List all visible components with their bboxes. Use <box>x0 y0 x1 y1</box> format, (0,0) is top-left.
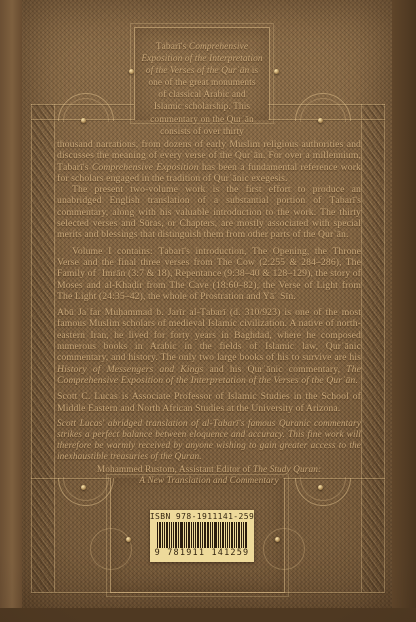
intro-text-narrow: Ṭabarī's ComprehensiveExposition of the … <box>129 41 275 138</box>
text-segment: Comprehensive Exposition <box>92 162 199 173</box>
gold-stud-dot <box>318 118 323 123</box>
barcode-bar <box>157 522 158 548</box>
barcode-bar <box>166 522 168 548</box>
text-segment: Mohammed Rustom, Assistant Editor of <box>97 465 253 475</box>
barcode-bar <box>169 522 170 548</box>
paragraph: Abū Jaʿfar Muḥammad b. Jarīr al-Ṭabarī (… <box>57 307 361 386</box>
barcode-bar <box>245 522 247 548</box>
text-segment: Comprehensive <box>189 42 248 52</box>
barcode-bar <box>210 522 211 548</box>
barcode-bar <box>180 522 183 548</box>
barcode-bar <box>236 522 237 548</box>
paragraph: Volume I contains: Ṭabarī's introduction… <box>57 246 361 302</box>
barcode-bar <box>173 522 174 548</box>
isbn-barcode: ISBN 978-1911141-259 9 781911 141259 <box>150 510 254 562</box>
text-segment: and his Qurʾānic commentary, <box>203 364 346 375</box>
barcode-bar <box>222 522 224 548</box>
text-segment: Ṭabarī's <box>156 42 189 52</box>
paragraph: Scott C. Lucas is Associate Professor of… <box>57 391 361 414</box>
barcode-bar <box>241 522 242 548</box>
text-segment: Abū Jaʿfar Muḥammad b. Jarīr al-Ṭabarī (… <box>57 307 361 363</box>
text-segment: . <box>355 375 358 386</box>
barcode-bar <box>207 522 209 548</box>
barcode-bar <box>159 522 161 548</box>
intro-line: consists of over thirty <box>129 126 275 138</box>
barcode-bar <box>229 522 230 548</box>
text-segment: The Study Quran: <box>253 465 321 475</box>
barcode-bar <box>227 522 228 548</box>
text-segment: The present two-volume work is the first… <box>57 184 361 240</box>
text-segment: commentary on the Qurʾān <box>150 115 254 125</box>
barcode-bar <box>162 522 163 548</box>
book-back-cover: Ṭabarī's ComprehensiveExposition of the … <box>0 0 416 622</box>
text-segment: History of Messengers and Kings <box>57 364 203 375</box>
barcode-bar <box>171 522 172 548</box>
barcode-bar <box>191 522 192 548</box>
text-segment: consists of over thirty <box>160 127 244 137</box>
text-segment: one of the great monuments <box>148 78 255 88</box>
intro-line: Exposition of the Interpretation <box>129 53 275 65</box>
barcode-bar <box>214 522 217 548</box>
barcode-bar <box>195 522 196 548</box>
intro-line: of the Verses of the Qurʾān is <box>129 65 275 77</box>
gold-stud-dot <box>81 118 86 123</box>
barcode-bar <box>178 522 179 548</box>
cover-bottom-edge <box>0 608 416 622</box>
text-segment: of the Verses of the Qurʾān <box>146 66 249 76</box>
text-segment: A New Translation and Commentary <box>139 476 278 486</box>
paragraph: thousand narrations, from dozens of earl… <box>57 139 361 184</box>
barcode-bar <box>212 522 213 548</box>
attribution-line: A New Translation and Commentary <box>57 476 361 487</box>
barcode-bar <box>225 522 226 548</box>
barcode-bar <box>197 522 199 548</box>
barcode-bar <box>200 522 201 548</box>
intro-line: Ṭabarī's Comprehensive <box>129 41 275 53</box>
barcode-bar <box>188 522 190 548</box>
text-segment: Scott Lucas' abridged translation of al-… <box>57 419 361 462</box>
barcode-bar <box>243 522 244 548</box>
frame-ring-ornament <box>263 528 305 570</box>
paragraph: The present two-volume work is the first… <box>57 184 361 240</box>
barcode-bar <box>231 522 233 548</box>
barcode-bar <box>184 522 185 548</box>
intro-line: one of the great monuments <box>129 77 275 89</box>
isbn-number: ISBN 978-1911141-259 <box>150 512 254 521</box>
barcode-bar <box>238 522 240 548</box>
cover-right-edge <box>392 0 416 622</box>
book-spine <box>0 0 22 622</box>
frame-right-braid-rail <box>361 104 385 592</box>
text-segment: of classical Arabic and <box>158 90 245 100</box>
text-segment: Volume I contains: Ṭabarī's introduction… <box>57 246 361 302</box>
barcode-bar <box>186 522 187 548</box>
text-segment: Exposition of the Interpretation <box>141 54 262 64</box>
barcode-bar <box>234 522 235 548</box>
back-cover-text: thousand narrations, from dozens of earl… <box>57 139 361 487</box>
intro-line: Islamic scholarship. This <box>129 101 275 113</box>
barcode-bar <box>175 522 177 548</box>
gold-stud-dot <box>275 537 280 542</box>
text-segment: is <box>249 66 258 76</box>
intro-line: of classical Arabic and <box>129 89 275 101</box>
intro-line: commentary on the Qurʾān <box>129 114 275 126</box>
barcode-bar <box>218 522 219 548</box>
barcode-bar <box>193 522 194 548</box>
barcode-digits: 9 781911 141259 <box>155 548 250 558</box>
barcode-bars <box>157 522 248 548</box>
attribution-line: Mohammed Rustom, Assistant Editor of The… <box>57 465 361 476</box>
barcode-bar <box>204 522 206 548</box>
text-segment: Islamic scholarship. This <box>154 102 250 112</box>
barcode-bar <box>220 522 221 548</box>
frame-left-braid-rail <box>31 104 55 592</box>
endorsement-blurb: Scott Lucas' abridged translation of al-… <box>57 419 361 463</box>
frame-ring-ornament <box>90 528 132 570</box>
endorsement-attribution: Mohammed Rustom, Assistant Editor of The… <box>57 465 361 487</box>
barcode-bar <box>164 522 165 548</box>
barcode-bar <box>202 522 203 548</box>
gold-stud-dot <box>126 537 131 542</box>
text-segment: Scott C. Lucas is Associate Professor of… <box>57 391 361 413</box>
